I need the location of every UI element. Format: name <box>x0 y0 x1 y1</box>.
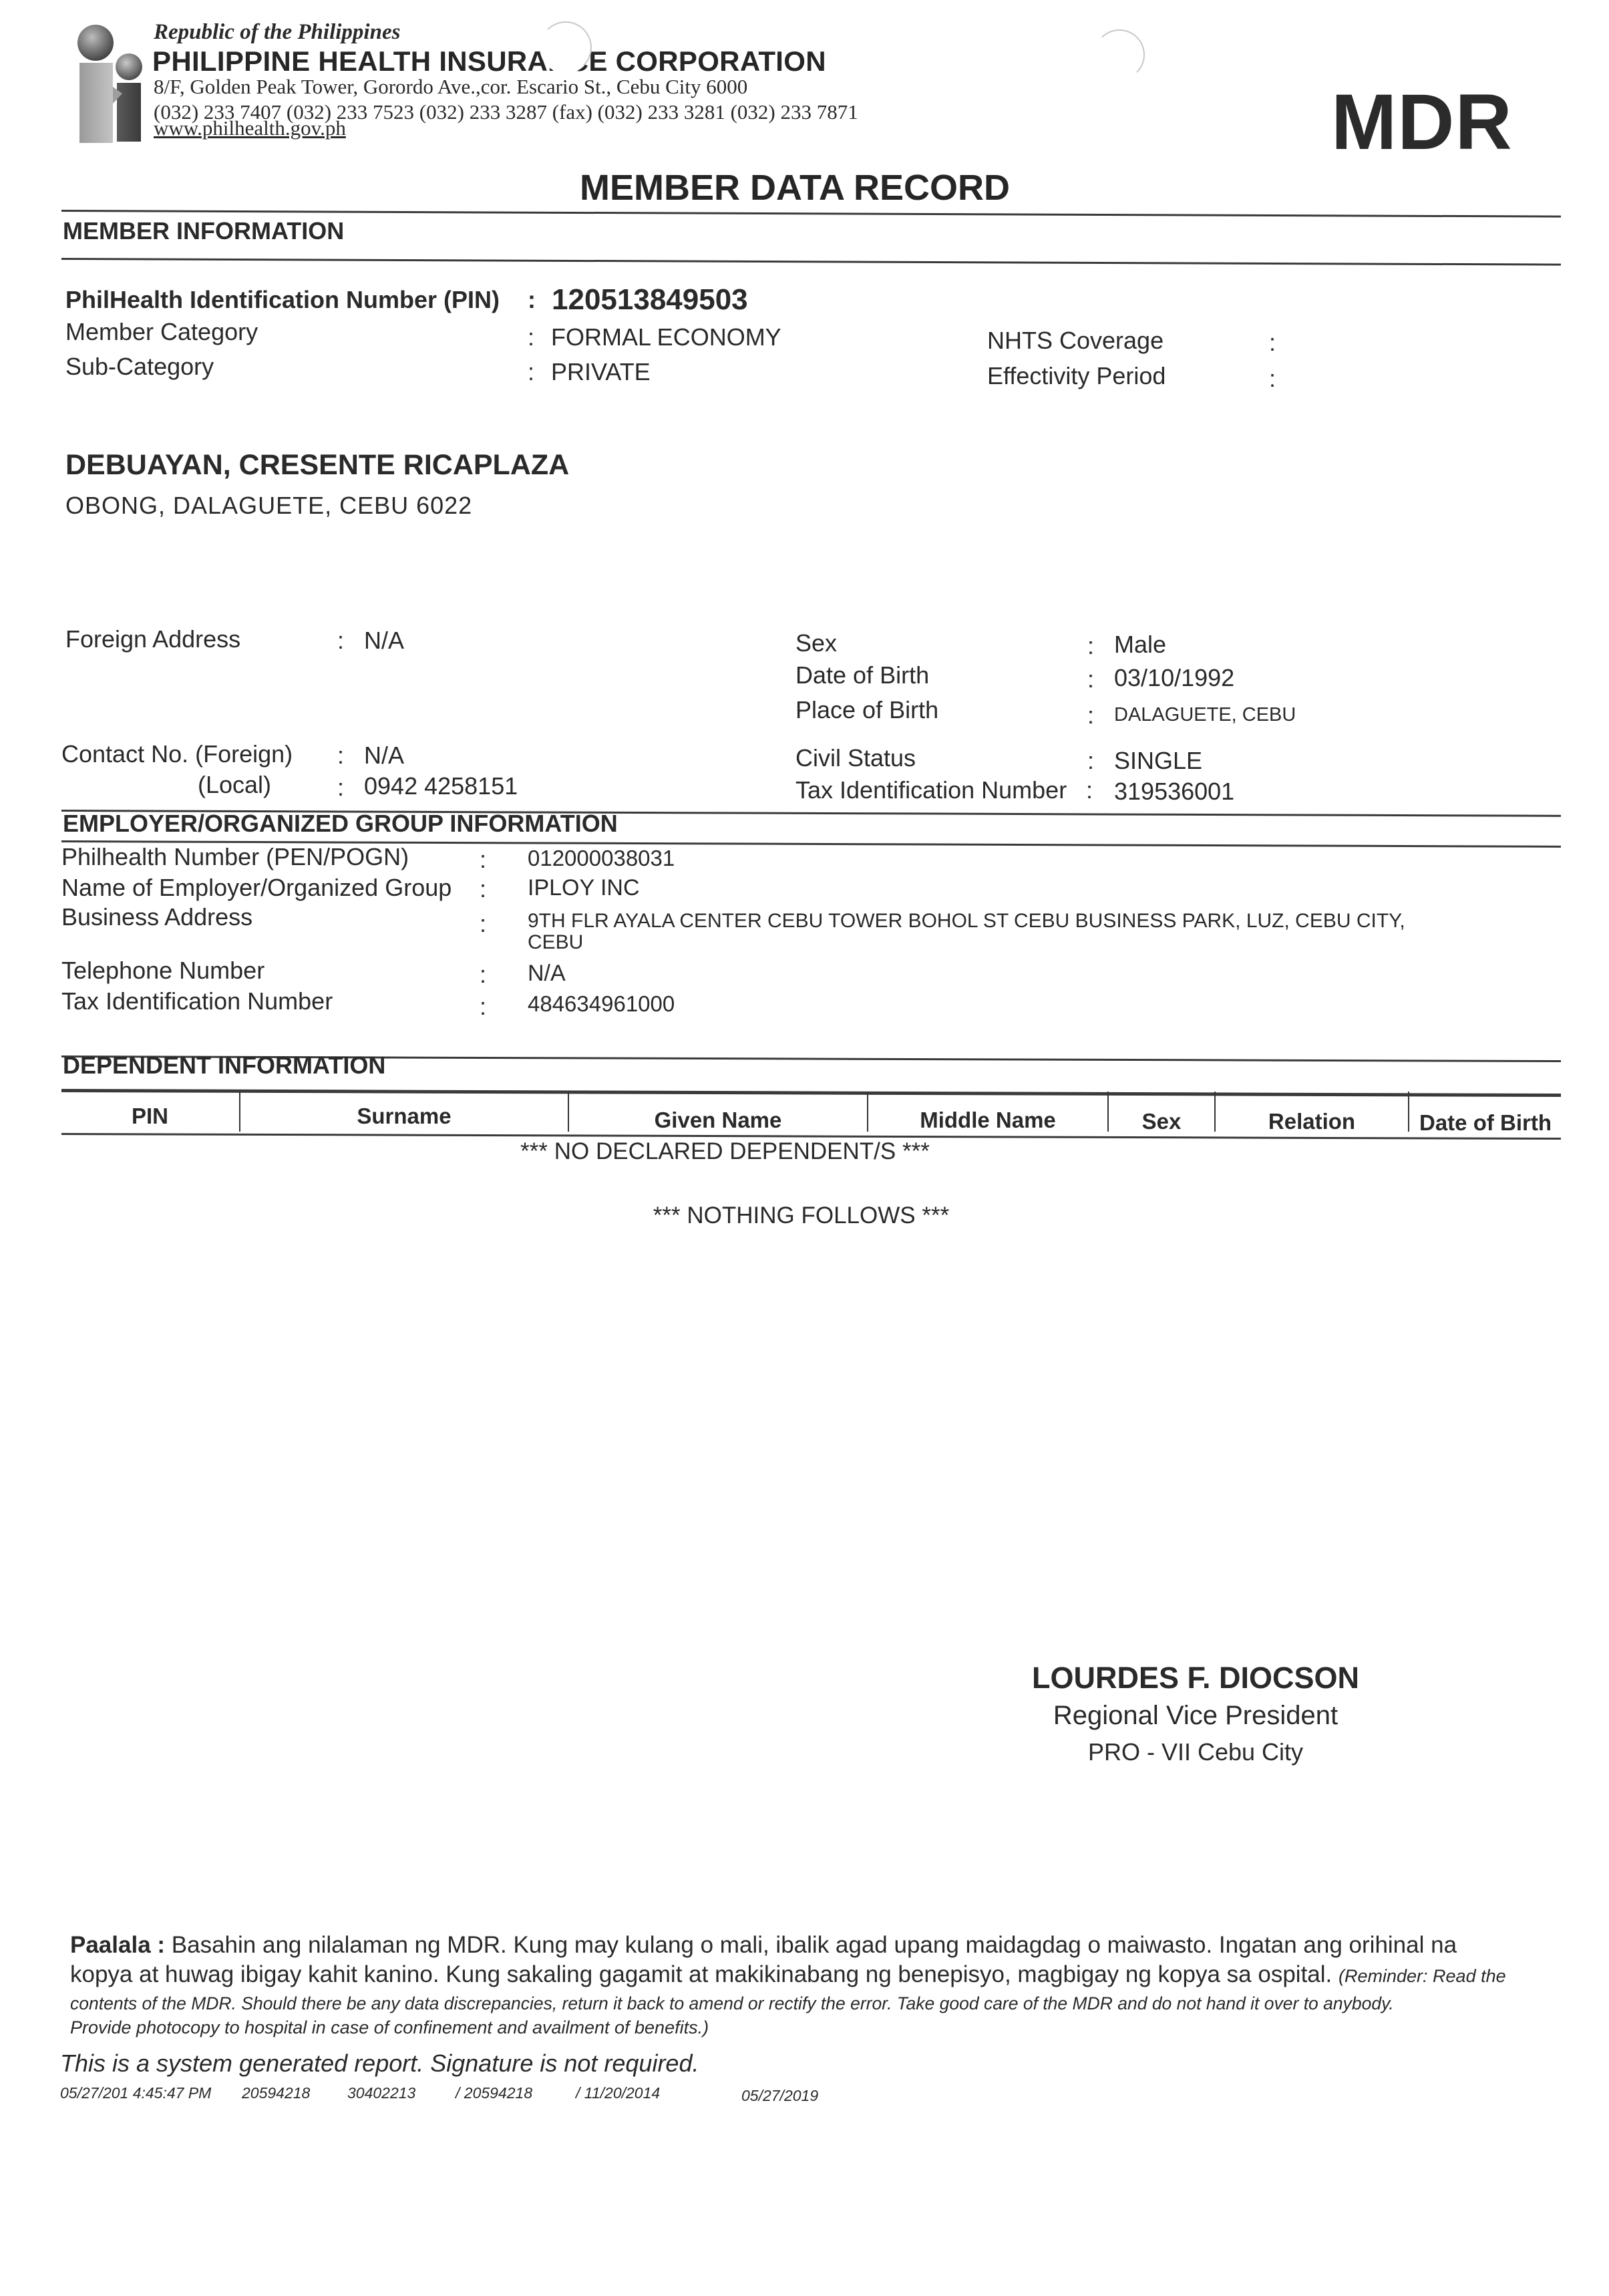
member-category-value: FORMAL ECONOMY <box>551 323 781 351</box>
colon: : <box>480 846 486 874</box>
reference-number-1: 20594218 <box>242 2084 310 2102</box>
section-heading-dependent-info: DEPENDENT INFORMATION <box>63 1051 385 1080</box>
colon: : <box>1087 701 1094 729</box>
divider <box>61 258 1561 266</box>
reference-number-2: 30402213 <box>347 2084 415 2102</box>
tin-label: Tax Identification Number <box>795 776 1067 804</box>
contact-foreign-label: Contact No. (Foreign) <box>61 740 293 768</box>
business-address-value-cont: CEBU <box>528 931 583 954</box>
sub-category-value: PRIVATE <box>551 358 651 386</box>
system-generated-note: This is a system generated report. Signa… <box>60 2049 699 2078</box>
notice-label: Paalala : <box>70 1932 165 1958</box>
pen-value: 012000038031 <box>528 846 675 871</box>
footer-date: 05/27/2019 <box>741 2087 818 2105</box>
tin-value: 319536001 <box>1114 778 1234 806</box>
signatory-name: LOURDES F. DIOCSON <box>935 1661 1456 1695</box>
pen-label: Philhealth Number (PEN/POGN) <box>61 843 409 871</box>
philhealth-logo-icon <box>63 20 144 147</box>
no-dependents-message: *** NO DECLARED DEPENDENT/S *** <box>520 1138 930 1164</box>
colon: : <box>1086 776 1093 804</box>
pin-label: PhilHealth Identification Number (PIN) <box>65 286 500 314</box>
notice-text-2-tail: (Reminder: Read the <box>1338 1966 1506 1986</box>
column-header-given-name: Given Name <box>569 1101 867 1140</box>
page-title: MEMBER DATA RECORD <box>580 167 1010 208</box>
colon: : <box>1269 365 1276 393</box>
end-row-wrapper: *** NOTHING FOLLOWS *** <box>0 1202 1609 1229</box>
business-address-value: 9TH FLR AYALA CENTER CEBU TOWER BOHOL ST… <box>528 910 1405 933</box>
contact-local-label: (Local) <box>198 771 271 799</box>
print-datetime: 05/27/201 4:45:47 PM <box>60 2084 211 2102</box>
column-header-sex: Sex <box>1109 1102 1214 1141</box>
notice-text-3: contents of the MDR. Should there be any… <box>70 1993 1394 2014</box>
empty-row-wrapper: *** NO DECLARED DEPENDENT/S *** <box>0 1138 1609 1165</box>
dob-value: 03/10/1992 <box>1114 664 1234 692</box>
member-address: OBONG, DALAGUETE, CEBU 6022 <box>65 492 472 520</box>
signatory-office: PRO - VII Cebu City <box>935 1738 1456 1766</box>
sex-label: Sex <box>795 629 837 657</box>
org-website-link[interactable]: www.philhealth.gov.ph <box>154 116 346 140</box>
notice-text-4: Provide photocopy to hospital in case of… <box>70 2017 709 2038</box>
colon: : <box>480 993 486 1021</box>
colon: : <box>337 774 344 802</box>
pin-value: 120513849503 <box>552 283 748 317</box>
foreign-address-label: Foreign Address <box>65 625 240 653</box>
notice-text-2: kopya at huwag ibigay kahit kanino. Kung… <box>70 1961 1332 1987</box>
colon: : <box>528 323 534 351</box>
divider <box>61 210 1561 218</box>
colon: : <box>528 286 536 314</box>
colon: : <box>528 358 534 386</box>
employer-name-value: IPLOY INC <box>528 875 640 901</box>
sub-category-label: Sub-Category <box>65 353 214 381</box>
colon: : <box>1087 747 1094 775</box>
republic-label: Republic of the Philippines <box>154 20 400 45</box>
contact-local-value: 0942 4258151 <box>364 772 518 800</box>
colon: : <box>337 627 344 655</box>
dob-label: Date of Birth <box>795 661 929 689</box>
punch-hole-mark <box>1094 29 1145 80</box>
colon: : <box>1087 665 1094 693</box>
nhts-coverage-label: NHTS Coverage <box>987 327 1164 355</box>
foreign-address-value: N/A <box>364 627 404 655</box>
column-header-pin: PIN <box>61 1097 238 1136</box>
colon: : <box>1087 632 1094 660</box>
org-address: 8/F, Golden Peak Tower, Gorordo Ave.,cor… <box>154 75 747 99</box>
pob-value: DALAGUETE, CEBU <box>1114 704 1296 726</box>
form-code: MDR <box>1331 83 1513 162</box>
punch-hole-mark <box>540 21 592 73</box>
civil-status-label: Civil Status <box>795 744 916 772</box>
table-top-border <box>61 1089 1561 1097</box>
column-header-date-of-birth: Date of Birth <box>1409 1104 1562 1142</box>
member-name: DEBUAYAN, CRESENTE RICAPLAZA <box>65 449 569 482</box>
employer-name-label: Name of Employer/Organized Group <box>61 874 452 902</box>
notice-line-2: kopya at huwag ibigay kahit kanino. Kung… <box>70 1961 1506 1988</box>
notice-text-1: Basahin ang nilalaman ng MDR. Kung may k… <box>172 1932 1457 1958</box>
org-name: PHILIPPINE HEALTH INSURANCE CORPORATION <box>152 45 826 77</box>
column-header-relation: Relation <box>1216 1102 1408 1141</box>
column-header-middle-name: Middle Name <box>868 1101 1107 1140</box>
telephone-value: N/A <box>528 961 566 987</box>
pob-label: Place of Birth <box>795 696 938 724</box>
colon: : <box>480 910 486 938</box>
reference-date: / 11/20/2014 <box>576 2084 660 2102</box>
business-address-label: Business Address <box>61 903 252 931</box>
signatory-title: Regional Vice President <box>935 1701 1456 1731</box>
colon: : <box>480 961 486 989</box>
colon: : <box>480 875 486 903</box>
section-heading-employer-info: EMPLOYER/ORGANIZED GROUP INFORMATION <box>63 810 618 838</box>
section-heading-member-info: MEMBER INFORMATION <box>63 217 344 245</box>
reference-number-3: / 20594218 <box>456 2084 532 2102</box>
civil-status-value: SINGLE <box>1114 747 1202 775</box>
sex-value: Male <box>1114 631 1166 659</box>
telephone-label: Telephone Number <box>61 957 264 985</box>
employer-tin-label: Tax Identification Number <box>61 987 333 1015</box>
notice-line-1: Paalala : Basahin ang nilalaman ng MDR. … <box>70 1932 1457 1959</box>
member-category-label: Member Category <box>65 318 258 346</box>
column-header-surname: Surname <box>240 1097 568 1136</box>
colon: : <box>1269 329 1276 357</box>
nothing-follows-message: *** NOTHING FOLLOWS *** <box>653 1202 949 1228</box>
contact-foreign-value: N/A <box>364 742 404 770</box>
colon: : <box>337 742 344 770</box>
effectivity-period-label: Effectivity Period <box>987 362 1166 390</box>
employer-tin-value: 484634961000 <box>528 991 675 1017</box>
